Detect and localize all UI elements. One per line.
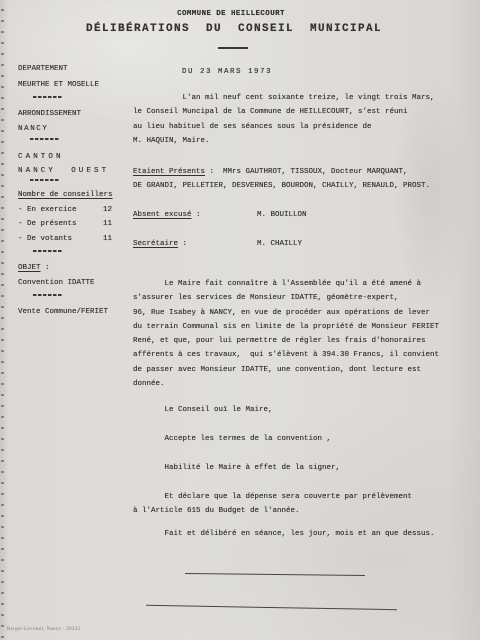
header-rule [218,47,248,49]
departement-value: MEURTHE ET MOSELLE [18,78,99,92]
absent-label: Absent excusé [133,211,192,219]
resolution-declares: Et déclare que la dépense sera couverte … [133,490,412,519]
resolution-heard: Le Conseil ouï le Maire, [133,403,273,417]
secretary-value: M. CHAILLY [257,237,302,251]
canton-label: CANTON [18,150,64,164]
attendees-names-line2: DE GRANDI, PELLETIER, DESVERNES, BOURDON… [133,182,430,190]
conseiller-count: 12 [103,203,112,217]
conseillers-list: - En exercice12- De présents11- De votan… [18,203,112,246]
binding-perforation-edge [1,0,4,640]
document-page: COMMUNE DE HEILLECOURT DÉLIBÉRATIONS DU … [0,0,480,640]
conseiller-row: - De votants11 [18,232,112,246]
absent-value: M. BOUILLON [257,208,307,222]
conseillers-heading: Nombre de conseillers [18,188,113,202]
separator-dashes [30,138,59,140]
conseiller-row: - En exercice12 [18,203,112,217]
separator-dashes [33,96,62,98]
objet-item-convention: Convention IDATTE [18,276,95,290]
conseiller-row: - De présents11 [18,217,112,231]
separator-dashes [30,179,59,181]
signature-rule-2 [146,605,397,610]
arrondissement-label: ARRONDISSEMENT [18,107,81,121]
session-date: DU 23 MARS 1973 [182,65,272,79]
secretary-row: Secrétaire :M. CHAILLY [133,237,187,251]
arrondissement-value: NANCY [18,122,49,136]
separator-dashes [33,250,62,252]
conseiller-count: 11 [103,217,112,231]
attendees-paragraph: Etaient Présents : MMrs GAUTHROT, TISSOU… [133,165,430,194]
departement-label: DEPARTEMENT [18,62,68,76]
intro-paragraph: L'an mil neuf cent soixante treize, le v… [133,91,435,148]
conseiller-label: - De présents [18,217,77,231]
signature-rule-1 [185,573,365,576]
conseiller-count: 11 [103,232,112,246]
attendees-names-line1: : MMrs GAUTHROT, TISSOUX, Docteur MARQUA… [205,168,408,176]
objet-item-vente: Vente Commune/FERIET [18,305,108,319]
header-commune-title: COMMUNE DE HEILLECOURT [0,7,462,21]
deliberation-paragraph: Le Maire fait connaître à l'Assemblée qu… [133,277,439,391]
canton-value: NANCY OUEST [18,164,109,178]
attendees-label: Etaient Présents [133,168,205,176]
secretary-label: Secrétaire [133,240,178,248]
absent-row: Absent excusé :M. BOUILLON [133,208,201,222]
printer-mark: Berger-Levrault, Nancy - 20323 [7,627,80,632]
document-title: DÉLIBÉRATIONS DU CONSEIL MUNICIPAL [0,22,468,36]
resolution-accepts: Accepte les termes de la convention , [133,432,331,446]
separator-dashes [33,294,62,296]
objet-heading: OBJET : [18,261,50,275]
conseiller-label: - En exercice [18,203,77,217]
closing-statement: Fait et délibéré en séance, les jour, mo… [133,527,435,541]
conseiller-label: - De votants [18,232,72,246]
resolution-authorizes: Habilité le Maire à effet de la signer, [133,461,340,475]
